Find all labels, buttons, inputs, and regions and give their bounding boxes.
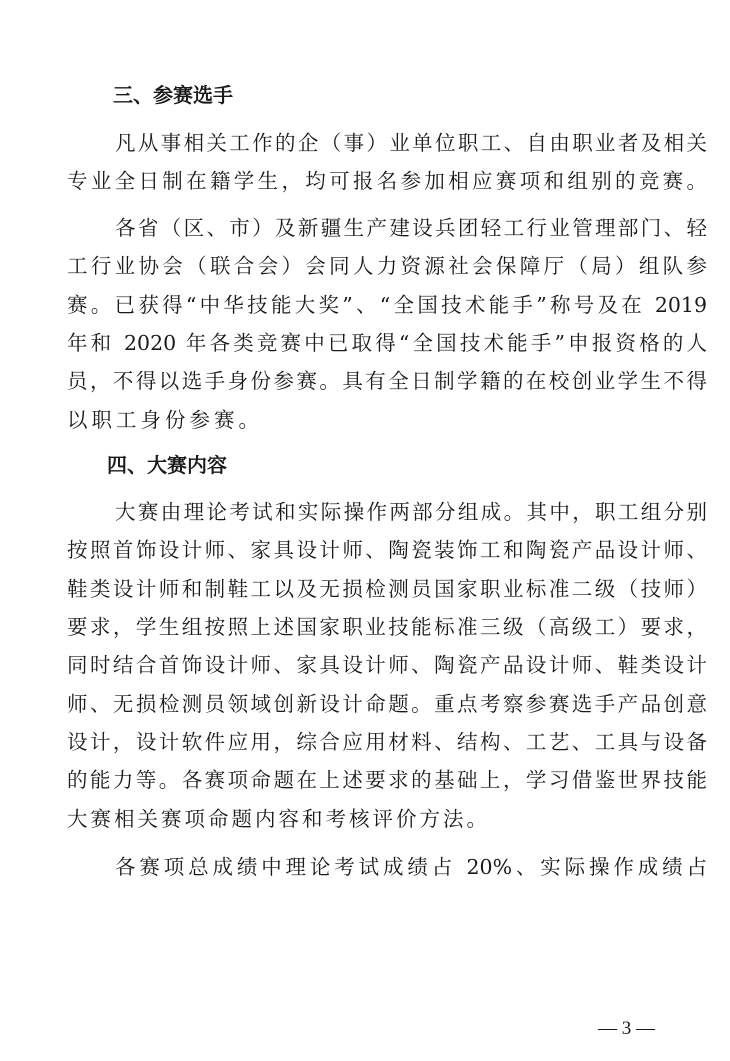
paragraph-line: 按照首饰设计师、家具设计师、陶瓷装饰工和陶瓷产品设计师、 bbox=[67, 535, 707, 565]
paragraph-line: 赛。已获得“中华技能大奖”、“全国技术能手”称号及在 2019 bbox=[67, 290, 707, 320]
paragraph-line: 大赛相关赛项命题内容和考核评价方法。 bbox=[67, 804, 707, 834]
page-number: — 3 — bbox=[598, 1017, 655, 1041]
paragraph-line: 的能力等。各赛项命题在上述要求的基础上，学习借鉴世界技能 bbox=[67, 765, 707, 795]
paragraph-line: 各赛项总成绩中理论考试成绩占 20%、实际操作成绩占 bbox=[115, 852, 707, 882]
paragraph-line: 要求，学生组按照上述国家职业技能标准三级（高级工）要求， bbox=[67, 612, 707, 642]
paragraph-line: 设计，设计软件应用，综合应用材料、结构、工艺、工具与设备 bbox=[67, 727, 707, 757]
paragraph-line: 同时结合首饰设计师、家具设计师、陶瓷产品设计师、鞋类设计 bbox=[67, 650, 707, 680]
paragraph-line: 师、无损检测员领域创新设计命题。重点考察参赛选手产品创意 bbox=[67, 689, 707, 719]
paragraph-line: 大赛由理论考试和实际操作两部分组成。其中，职工组分别 bbox=[115, 497, 707, 527]
paragraph-line: 鞋类设计师和制鞋工以及无损检测员国家职业标准二级（技师） bbox=[67, 574, 707, 604]
paragraph-line: 各省（区、市）及新疆生产建设兵团轻工行业管理部门、轻 bbox=[115, 213, 707, 243]
paragraph-line: 凡从事相关工作的企（事）业单位职工、自由职业者及相关 bbox=[115, 128, 707, 158]
paragraph-line: 员，不得以选手身份参赛。具有全日制学籍的在校创业学生不得 bbox=[67, 366, 707, 396]
document-page: 三、参赛选手 凡从事相关工作的企（事）业单位职工、自由职业者及相关 专业全日制在… bbox=[0, 0, 730, 1061]
section-heading: 四、大赛内容 bbox=[107, 450, 730, 480]
paragraph-line: 年和 2020 年各类竞赛中已取得“全国技术能手”申报资格的人 bbox=[67, 328, 707, 358]
paragraph-line: 工行业协会（联合会）会同人力资源社会保障厅（局）组队参 bbox=[67, 251, 707, 281]
paragraph-line: 以职工身份参赛。 bbox=[67, 405, 707, 435]
paragraph-line: 专业全日制在籍学生，均可报名参加相应赛项和组别的竞赛。 bbox=[67, 166, 707, 196]
section-heading: 三、参赛选手 bbox=[113, 80, 730, 110]
